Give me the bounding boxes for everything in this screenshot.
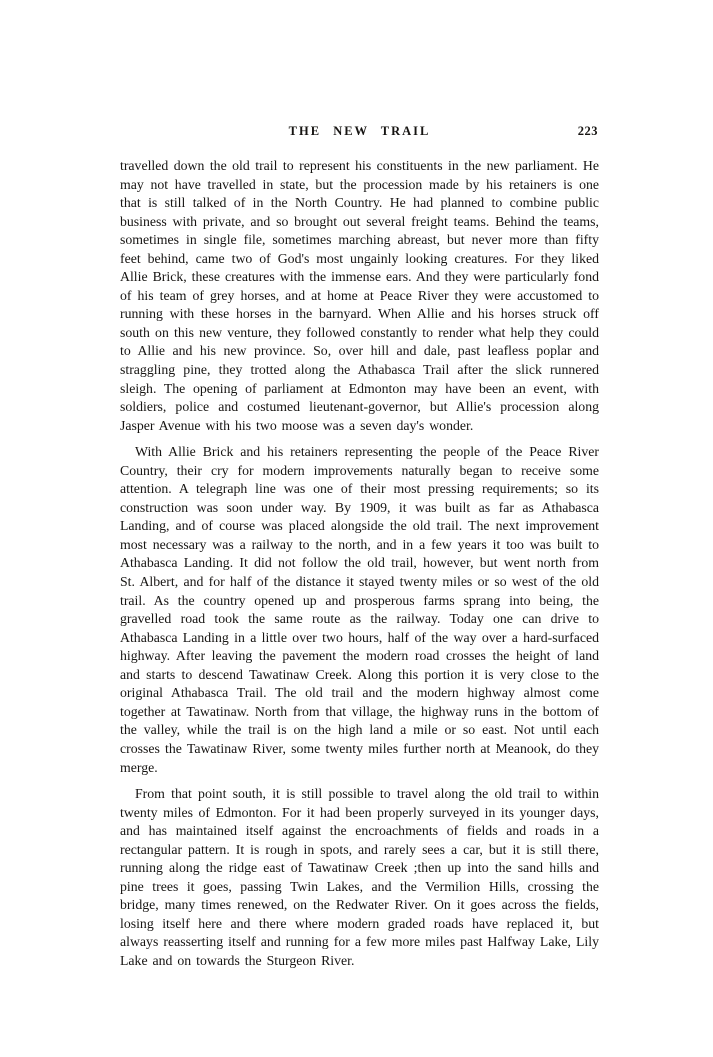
- text-block: THE NEW TRAIL 223 travelled down the old…: [120, 124, 599, 971]
- paragraph-3: From that point south, it is still possi…: [120, 785, 599, 970]
- paragraph-2: With Allie Brick and his retainers repre…: [120, 443, 599, 777]
- page-number: 223: [578, 124, 598, 139]
- book-page: THE NEW TRAIL 223 travelled down the old…: [0, 0, 713, 1057]
- running-head: THE NEW TRAIL: [120, 124, 599, 139]
- paragraph-1: travelled down the old trail to represen…: [120, 157, 599, 435]
- page-header: THE NEW TRAIL 223: [120, 124, 599, 144]
- body-text: travelled down the old trail to represen…: [120, 157, 599, 971]
